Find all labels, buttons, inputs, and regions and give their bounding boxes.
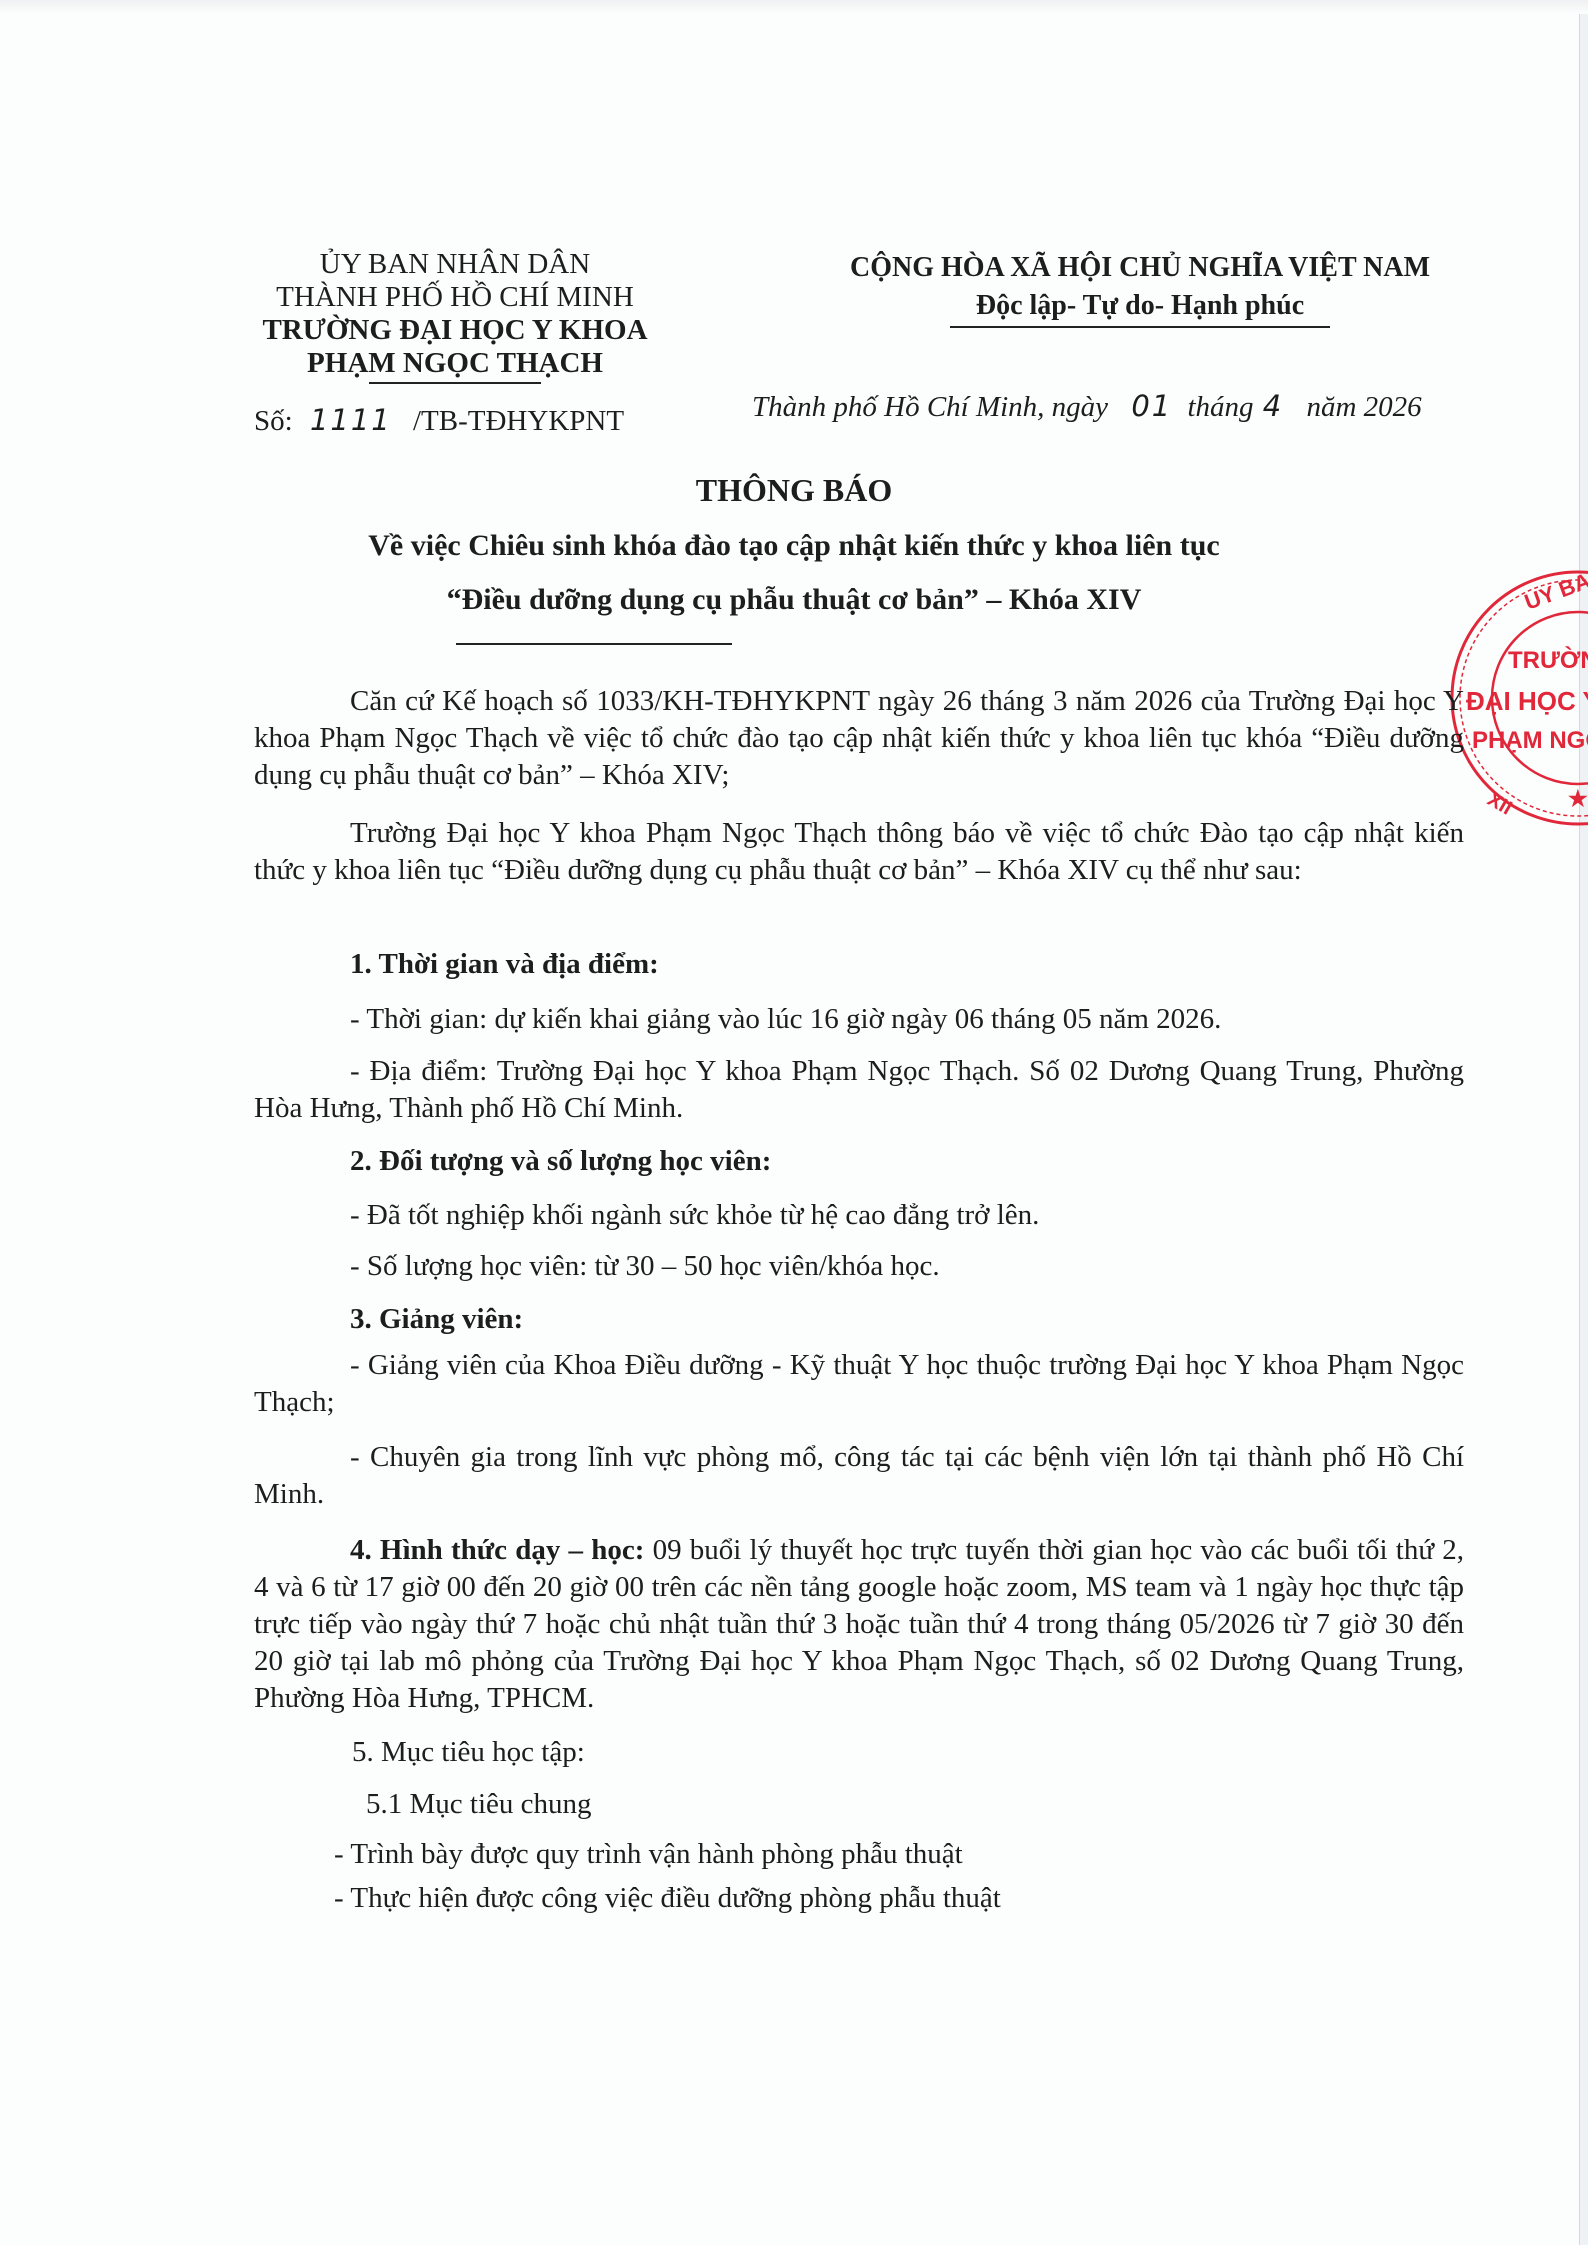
- section-1-place: - Địa điểm: Trường Đại học Y khoa Phạm N…: [254, 1053, 1464, 1127]
- title-divider: [456, 643, 732, 645]
- month-handwritten: 4: [1263, 389, 1283, 423]
- school-name-line-1: TRƯỜNG ĐẠI HỌC Y KHOA: [240, 314, 670, 347]
- section-1-place-text: - Địa điểm: Trường Đại học Y khoa Phạm N…: [254, 1053, 1464, 1127]
- intro-text-2: Trường Đại học Y khoa Phạm Ngọc Thạch th…: [254, 815, 1464, 889]
- section-4: 4. Hình thức dạy – học: 09 buổi lý thuyế…: [254, 1532, 1464, 1717]
- stamp-inner-line-2: ĐẠI HỌC Y: [1466, 686, 1588, 716]
- section-3-item-2-text: - Chuyên gia trong lĩnh vực phòng mổ, cô…: [254, 1439, 1464, 1513]
- section-5-1-heading: 5.1 Mục tiêu chung: [366, 1788, 592, 1821]
- intro-paragraph-1: Căn cứ Kế hoạch số 1033/KH-TĐHYKPNT ngày…: [254, 683, 1464, 794]
- school-underline: [369, 382, 541, 384]
- section-5-heading: 5. Mục tiêu học tập:: [352, 1736, 585, 1769]
- section-3-item-1: - Giảng viên của Khoa Điều dưỡng - Kỹ th…: [254, 1347, 1464, 1421]
- date-line: Thành phố Hồ Chí Minh, ngày 01 tháng 4 n…: [752, 389, 1422, 424]
- date-prefix: Thành phố Hồ Chí Minh, ngày: [752, 391, 1108, 423]
- section-4-heading: 4. Hình thức dạy – học:: [350, 1534, 644, 1566]
- stamp-bottom-text: XII: [1484, 788, 1516, 819]
- section-3-heading: 3. Giảng viên:: [350, 1303, 523, 1336]
- number-label: Số:: [254, 405, 293, 437]
- objective-item-1: - Trình bày được quy trình vận hành phòn…: [334, 1838, 963, 1871]
- national-header: CỘNG HÒA XÃ HỘI CHỦ NGHĨA VIỆT NAM Độc l…: [770, 250, 1510, 328]
- stamp-inner-line-1: TRƯỜNG: [1508, 646, 1588, 674]
- section-3-item-1-text: - Giảng viên của Khoa Điều dưỡng - Kỹ th…: [254, 1347, 1464, 1421]
- stamp-inner-line-3: PHẠM NGỌC: [1472, 727, 1588, 754]
- authority-line-2: THÀNH PHỐ HỒ CHÍ MINH: [240, 281, 670, 314]
- national-motto: Độc lập- Tự do- Hạnh phúc: [950, 288, 1330, 328]
- objective-item-2: - Thực hiện được công việc điều dưỡng ph…: [334, 1882, 1001, 1915]
- section-2-heading: 2. Đối tượng và số lượng học viên:: [350, 1145, 771, 1178]
- section-1-time: - Thời gian: dự kiến khai giảng vào lúc …: [350, 1003, 1221, 1036]
- section-2-count: - Số lượng học viên: từ 30 – 50 học viên…: [350, 1250, 940, 1283]
- document-page: ỦY BAN NHÂN DÂN THÀNH PHỐ HỒ CHÍ MINH TR…: [0, 0, 1588, 2245]
- section-1-heading: 1. Thời gian và địa điểm:: [350, 948, 659, 981]
- issuing-authority-block: ỦY BAN NHÂN DÂN THÀNH PHỐ HỒ CHÍ MINH TR…: [240, 248, 670, 384]
- scan-edge-right: [1579, 14, 1588, 2245]
- day-handwritten: 01: [1131, 389, 1172, 423]
- intro-paragraph-2: Trường Đại học Y khoa Phạm Ngọc Thạch th…: [254, 815, 1464, 889]
- month-label: tháng: [1187, 391, 1253, 423]
- subject-line-1: Về việc Chiêu sinh khóa đào tạo cập nhật…: [0, 529, 1588, 563]
- school-name-line-2: PHẠM NGỌC THẠCH: [240, 347, 670, 380]
- authority-line-1: ỦY BAN NHÂN DÂN: [240, 248, 670, 281]
- number-suffix: /TB-TĐHYKPNT: [413, 405, 624, 437]
- document-title: THÔNG BÁO: [0, 472, 1588, 509]
- year-text: năm 2026: [1306, 391, 1421, 423]
- country-name: CỘNG HÒA XÃ HỘI CHỦ NGHĨA VIỆT NAM: [770, 250, 1510, 286]
- section-2-target: - Đã tốt nghiệp khối ngành sức khỏe từ h…: [350, 1199, 1039, 1232]
- section-3-item-2: - Chuyên gia trong lĩnh vực phòng mổ, cô…: [254, 1439, 1464, 1513]
- document-number: Số: 1111 /TB-TĐHYKPNT: [254, 403, 624, 438]
- star-icon: ★: [1568, 786, 1588, 811]
- scan-edge-top: [0, 0, 1588, 14]
- number-handwritten: 1111: [310, 403, 392, 437]
- intro-text-1: Căn cứ Kế hoạch số 1033/KH-TĐHYKPNT ngày…: [254, 683, 1464, 794]
- subject-line-2: “Điều dưỡng dụng cụ phẫu thuật cơ bản” –…: [0, 583, 1588, 617]
